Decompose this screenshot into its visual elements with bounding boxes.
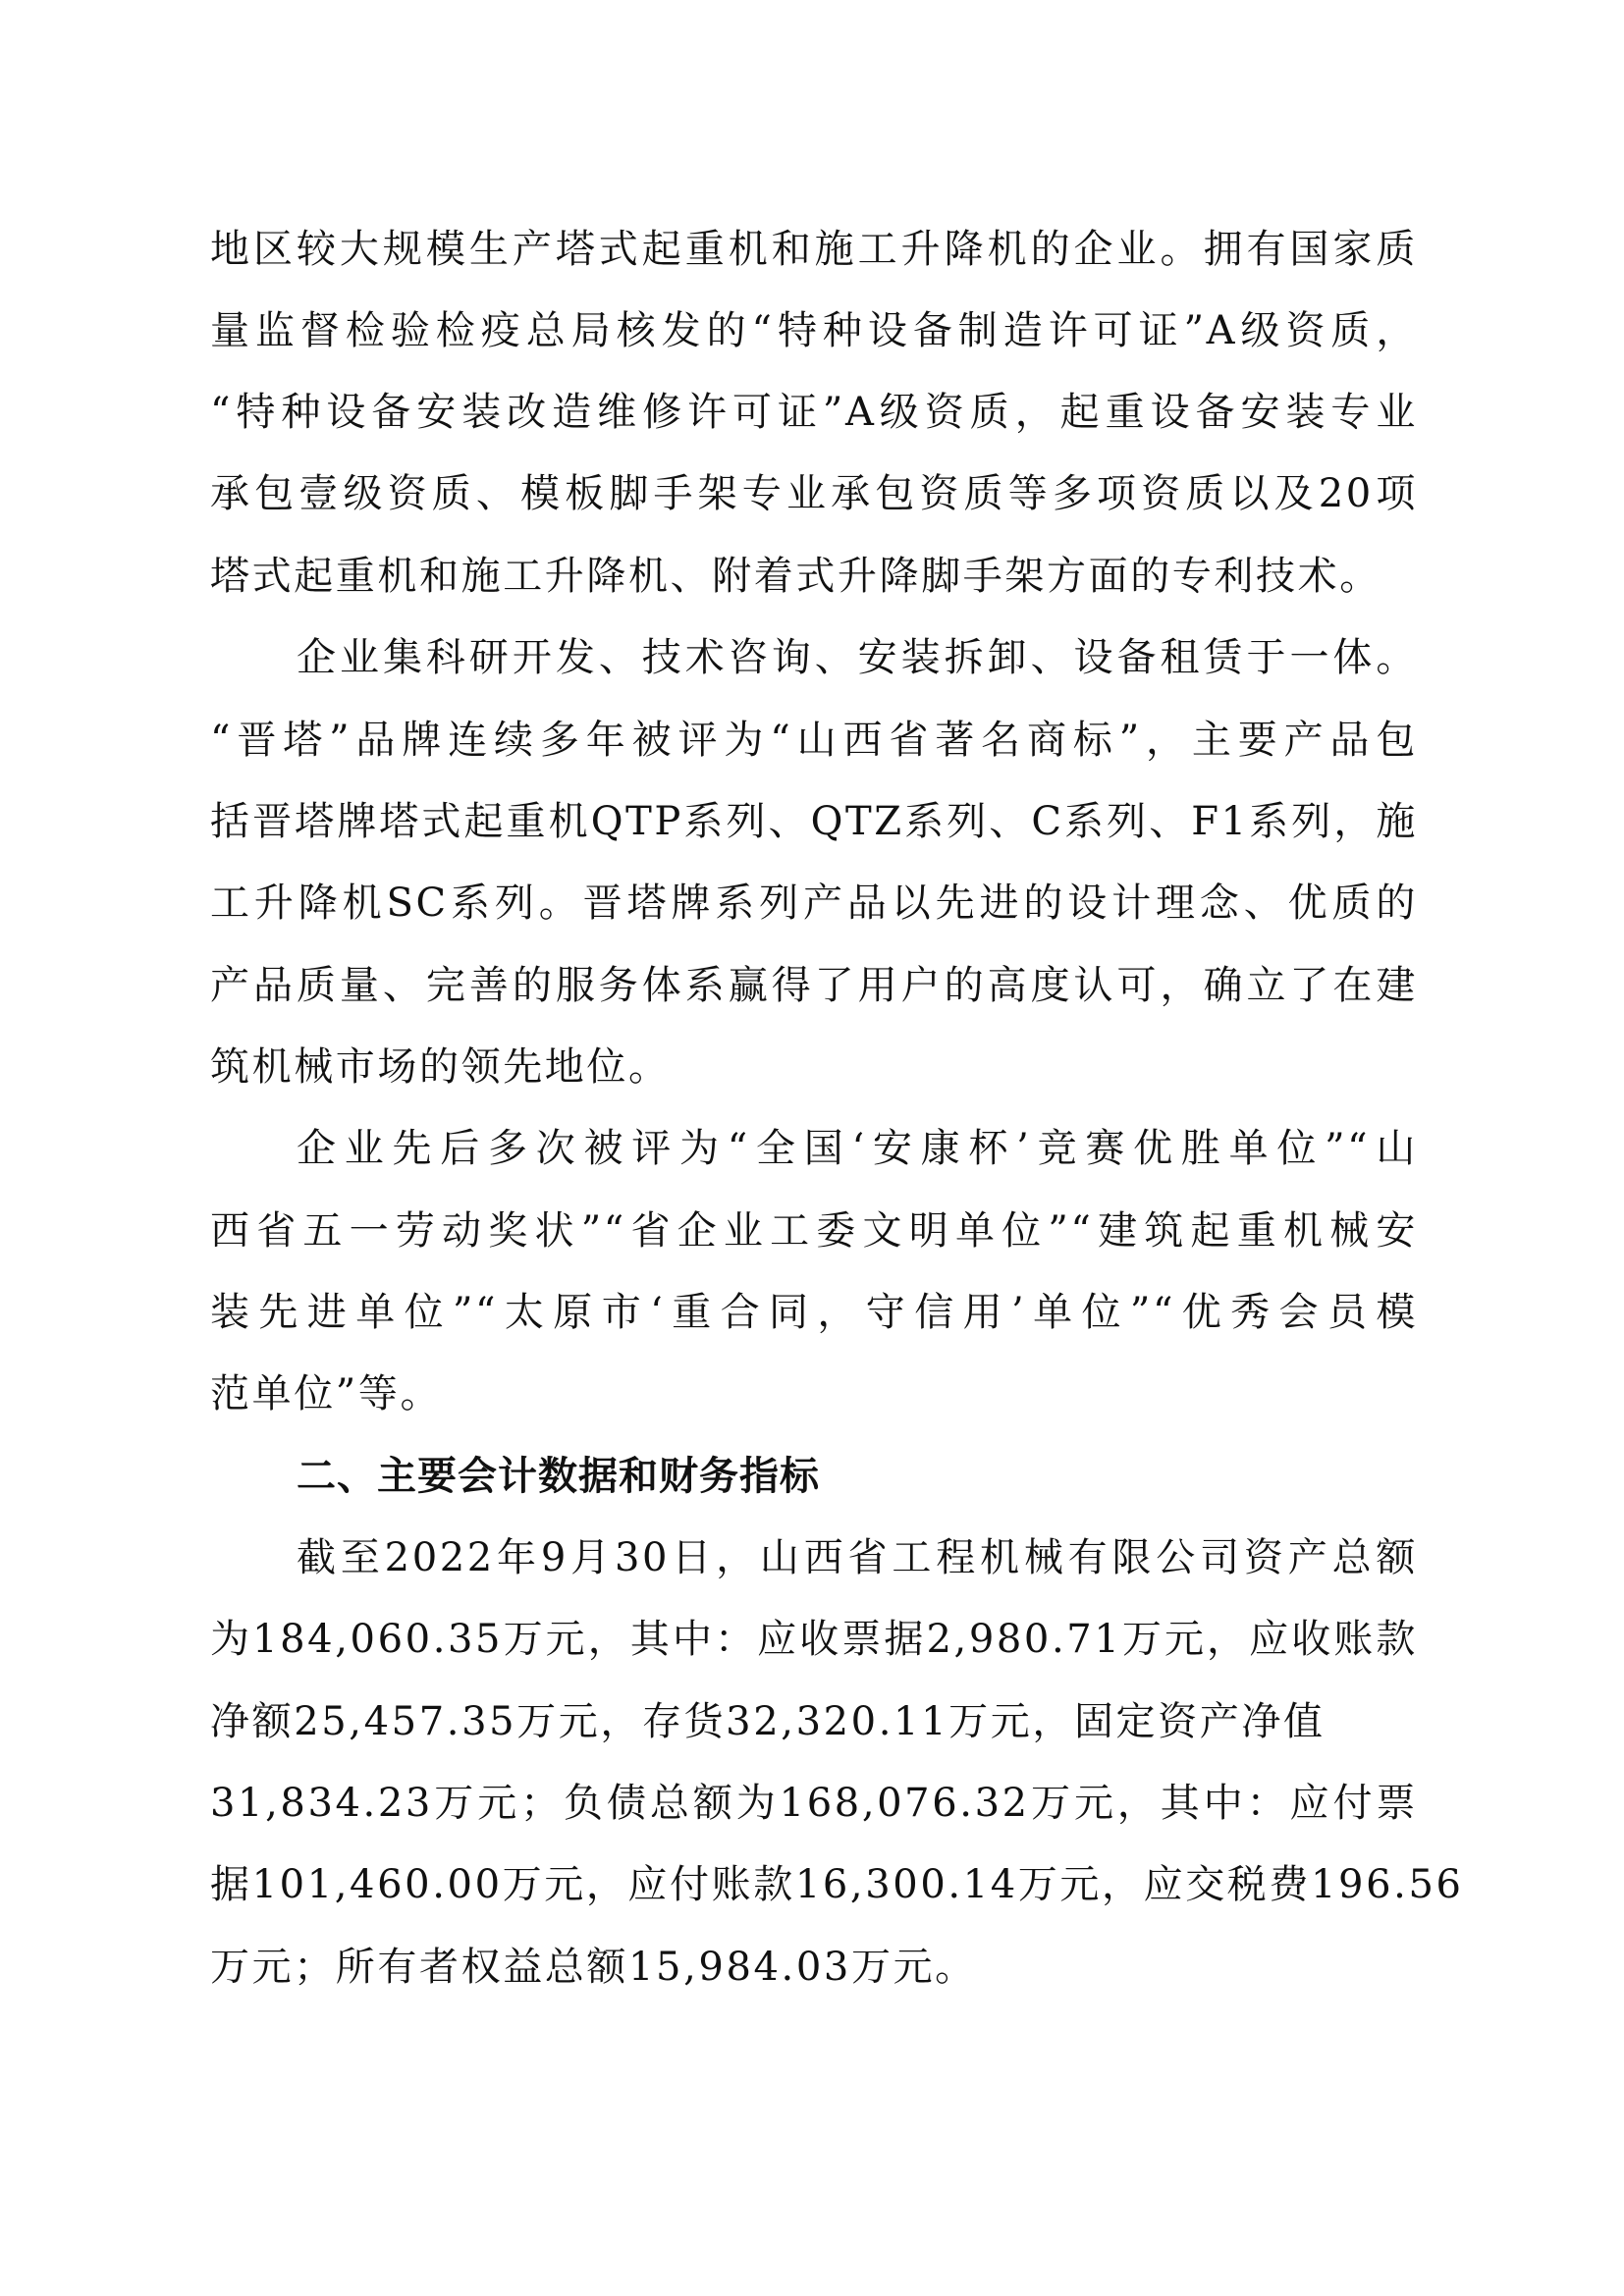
text-line: 量监督检验检疫总局核发的“特种设备制造许可证”A级资质， xyxy=(210,301,1418,360)
text-line: 企业集科研开发、技术咨询、安装拆卸、设备租赁于一体。 xyxy=(297,628,1418,687)
document-page: 地区较大规模生产塔式起重机和施工升降机的企业。拥有国家质 量监督检验检疫总局核发… xyxy=(0,0,1624,2296)
text-line: 企业先后多次被评为“全国‘安康杯’竞赛优胜单位”“山 xyxy=(297,1119,1418,1178)
text-line: 括晋塔牌塔式起重机QTP系列、QTZ系列、C系列、F1系列，施 xyxy=(210,792,1418,851)
section-heading: 二、主要会计数据和财务指标 xyxy=(297,1447,820,1506)
text-line: 承包壹级资质、模板脚手架专业承包资质等多项资质以及20项 xyxy=(210,464,1418,523)
text-line: 范单位”等。 xyxy=(210,1364,1418,1423)
text-line: 产品质量、完善的服务体系赢得了用户的高度认可，确立了在建 xyxy=(210,956,1418,1015)
text-line: 万元；所有者权益总额15,984.03万元。 xyxy=(210,1938,1418,1997)
text-line: 为184,060.35万元，其中：应收票据2,980.71万元，应收账款 xyxy=(210,1610,1418,1669)
text-line: 据101,460.00万元，应付账款16,300.14万元，应交税费196.56 xyxy=(210,1855,1418,1914)
text-line: “特种设备安装改造维修许可证”A级资质，起重设备安装专业 xyxy=(210,383,1418,442)
text-line: “晋塔”品牌连续多年被评为“山西省著名商标”，主要产品包 xyxy=(210,711,1418,770)
text-line: 地区较大规模生产塔式起重机和施工升降机的企业。拥有国家质 xyxy=(210,220,1418,279)
text-line: 筑机械市场的领先地位。 xyxy=(210,1038,1418,1096)
text-line: 截至2022年9月30日，山西省工程机械有限公司资产总额 xyxy=(297,1528,1418,1587)
text-line: 31,834.23万元；负债总额为168,076.32万元，其中：应付票 xyxy=(210,1774,1418,1833)
text-line: 西省五一劳动奖状”“省企业工委文明单位”“建筑起重机械安 xyxy=(210,1201,1418,1260)
text-line: 装先进单位”“太原市‘重合同，守信用’单位”“优秀会员模 xyxy=(210,1283,1418,1342)
text-line: 净额25,457.35万元，存货32,320.11万元，固定资产净值 xyxy=(210,1692,1418,1751)
text-line: 工升降机SC系列。晋塔牌系列产品以先进的设计理念、优质的 xyxy=(210,874,1418,933)
text-line: 塔式起重机和施工升降机、附着式升降脚手架方面的专利技术。 xyxy=(210,547,1418,606)
